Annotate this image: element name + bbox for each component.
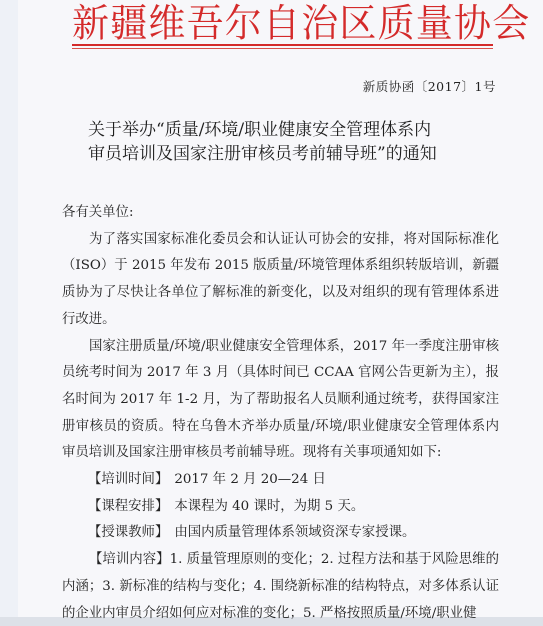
item-instructors: 【授课教师】 由国内质量管理体系领域资深专家授课。 [62, 520, 499, 547]
item-label: 【授课教师】 [88, 520, 168, 547]
organization-masthead: 新疆维吾尔自治区质量协会 [72, 3, 494, 45]
item-label: 【培训内容】 [89, 552, 170, 567]
notice-title-line-2: 审员培训及国家注册审核员考前辅导班”的通知 [88, 142, 468, 166]
item-value: 2017 年 2 月 20—24 日 [174, 467, 499, 494]
notice-title: 关于举办“质量/环境/职业健康安全管理体系内 审员培训及国家注册审核员考前辅导班… [88, 118, 468, 166]
notice-title-line-1: 关于举办“质量/环境/职业健康安全管理体系内 [88, 118, 468, 142]
masthead-red-rule-thin [72, 48, 493, 49]
salutation: 各有关单位: [62, 200, 499, 227]
document-number: 新质协函〔2017〕1号 [360, 77, 496, 95]
item-value: 本课程为 40 课时，为期 5 天。 [174, 494, 499, 521]
item-training-content: 【培训内容】1. 质量管理原则的变化；2. 过程方法和基于风险思维的内涵；3. … [62, 547, 499, 626]
item-course-schedule: 【课程安排】 本课程为 40 课时，为期 5 天。 [62, 494, 499, 521]
paragraph-background: 为了落实国家标准化委员会和认证认可协会的安排，将对国际标准化（ISO）于 201… [62, 227, 499, 334]
item-value: 由国内质量管理体系领域资深专家授课。 [174, 520, 499, 547]
item-training-time: 【培训时间】 2017 年 2 月 20—24 日 [62, 467, 499, 494]
item-label: 【课程安排】 [88, 494, 168, 521]
item-label: 【培训时间】 [88, 467, 168, 494]
paragraph-exam-info: 国家注册质量/环境/职业健康安全管理体系，2017 年一季度注册审核员统考时间为… [62, 334, 499, 468]
notice-body: 各有关单位: 为了落实国家标准化委员会和认证认可协会的安排，将对国际标准化（IS… [62, 200, 499, 626]
masthead-red-rule [72, 44, 493, 46]
